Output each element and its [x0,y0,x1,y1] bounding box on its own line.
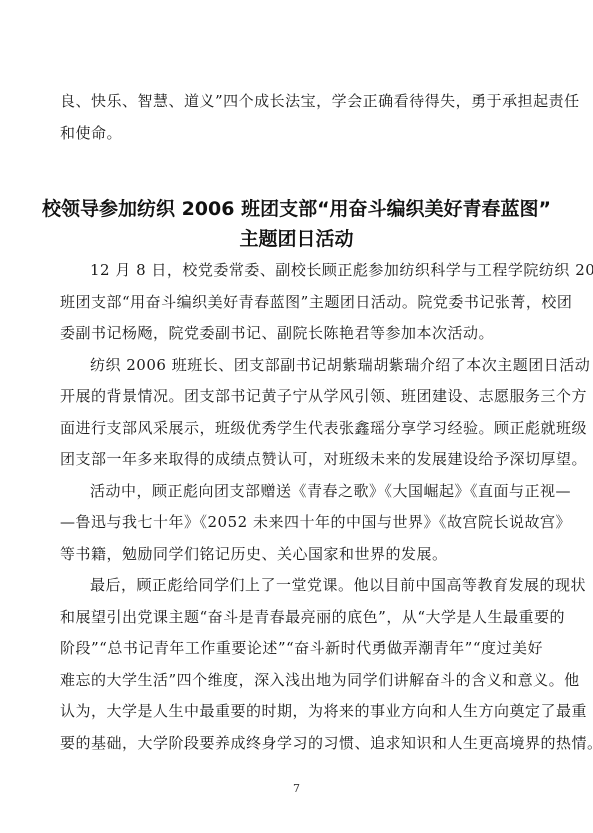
text-line: 活动中，顾正彪向团支部赠送《青春之歌》《大国崛起》《直面与正视— [90,481,535,501]
page-number: 7 [0,782,593,795]
text-line: 最后，顾正彪给同学们上了一堂党课。他以目前中国高等教育发展的现状 [90,575,535,595]
text-line: 良、快乐、智慧、道义”四个成长法宝，学会正确看待得失，勇于承担起责任 [60,91,535,111]
text-line: 团支部一年多来取得的成绩点赞认可，对班级未来的发展建设给予深切厚望。 [60,449,535,469]
text-line: 和使命。 [60,123,535,143]
text-line: 阶段”“总书记青年工作重要论述”“奋斗新时代勇做弄潮青年”“度过美好 [60,638,535,658]
text-line: 要的基础，大学阶段要养成终身学习的习惯、追求知识和人生更高境界的热情。 [60,733,535,753]
text-line: 纺织 2006 班班长、团支部副书记胡紫瑞胡紫瑞介绍了本次主题团日活动 [90,355,535,375]
text-line: 难忘的大学生活”四个维度，深入浅出地为同学们讲解奋斗的含义和意义。他 [60,670,535,690]
text-line: 班团支部“用奋斗编织美好青春蓝图”主题团日活动。院党委书记张菁，校团 [60,292,535,312]
text-line: 委副书记杨飏，院党委副书记、副院长陈艳君等参加本次活动。 [60,323,535,343]
article-title-line-2: 主题团日活动 [0,226,593,252]
text-line: 和展望引出党课主题“奋斗是青春最亮丽的底色”，从“大学是人生最重要的 [60,607,535,627]
document-page: 良、快乐、智慧、道义”四个成长法宝，学会正确看待得失，勇于承担起责任 和使命。 … [0,0,593,833]
text-line: 等书籍，勉励同学们铭记历史、关心国家和世界的发展。 [60,544,535,564]
text-line: —鲁迅与我七十年》《2052 未来四十年的中国与世界》《故宫院长说故宫》 [60,512,535,532]
text-line: 开展的背景情况。团支部书记黄子宁从学风引领、班团建设、志愿服务三个方 [60,386,535,406]
article-title-line-1: 校领导参加纺织 2006 班团支部“用奋斗编织美好青春蓝图” [0,196,593,222]
text-line: 认为，大学是人生中最重要的时期，为将来的事业方向和人生方向奠定了最重 [60,701,535,721]
text-line: 12 月 8 日，校党委常委、副校长顾正彪参加纺织科学与工程学院纺织 2006 [90,260,535,280]
text-line: 面进行支部风采展示，班级优秀学生代表张鑫瑶分享学习经验。顾正彪就班级 [60,418,535,438]
